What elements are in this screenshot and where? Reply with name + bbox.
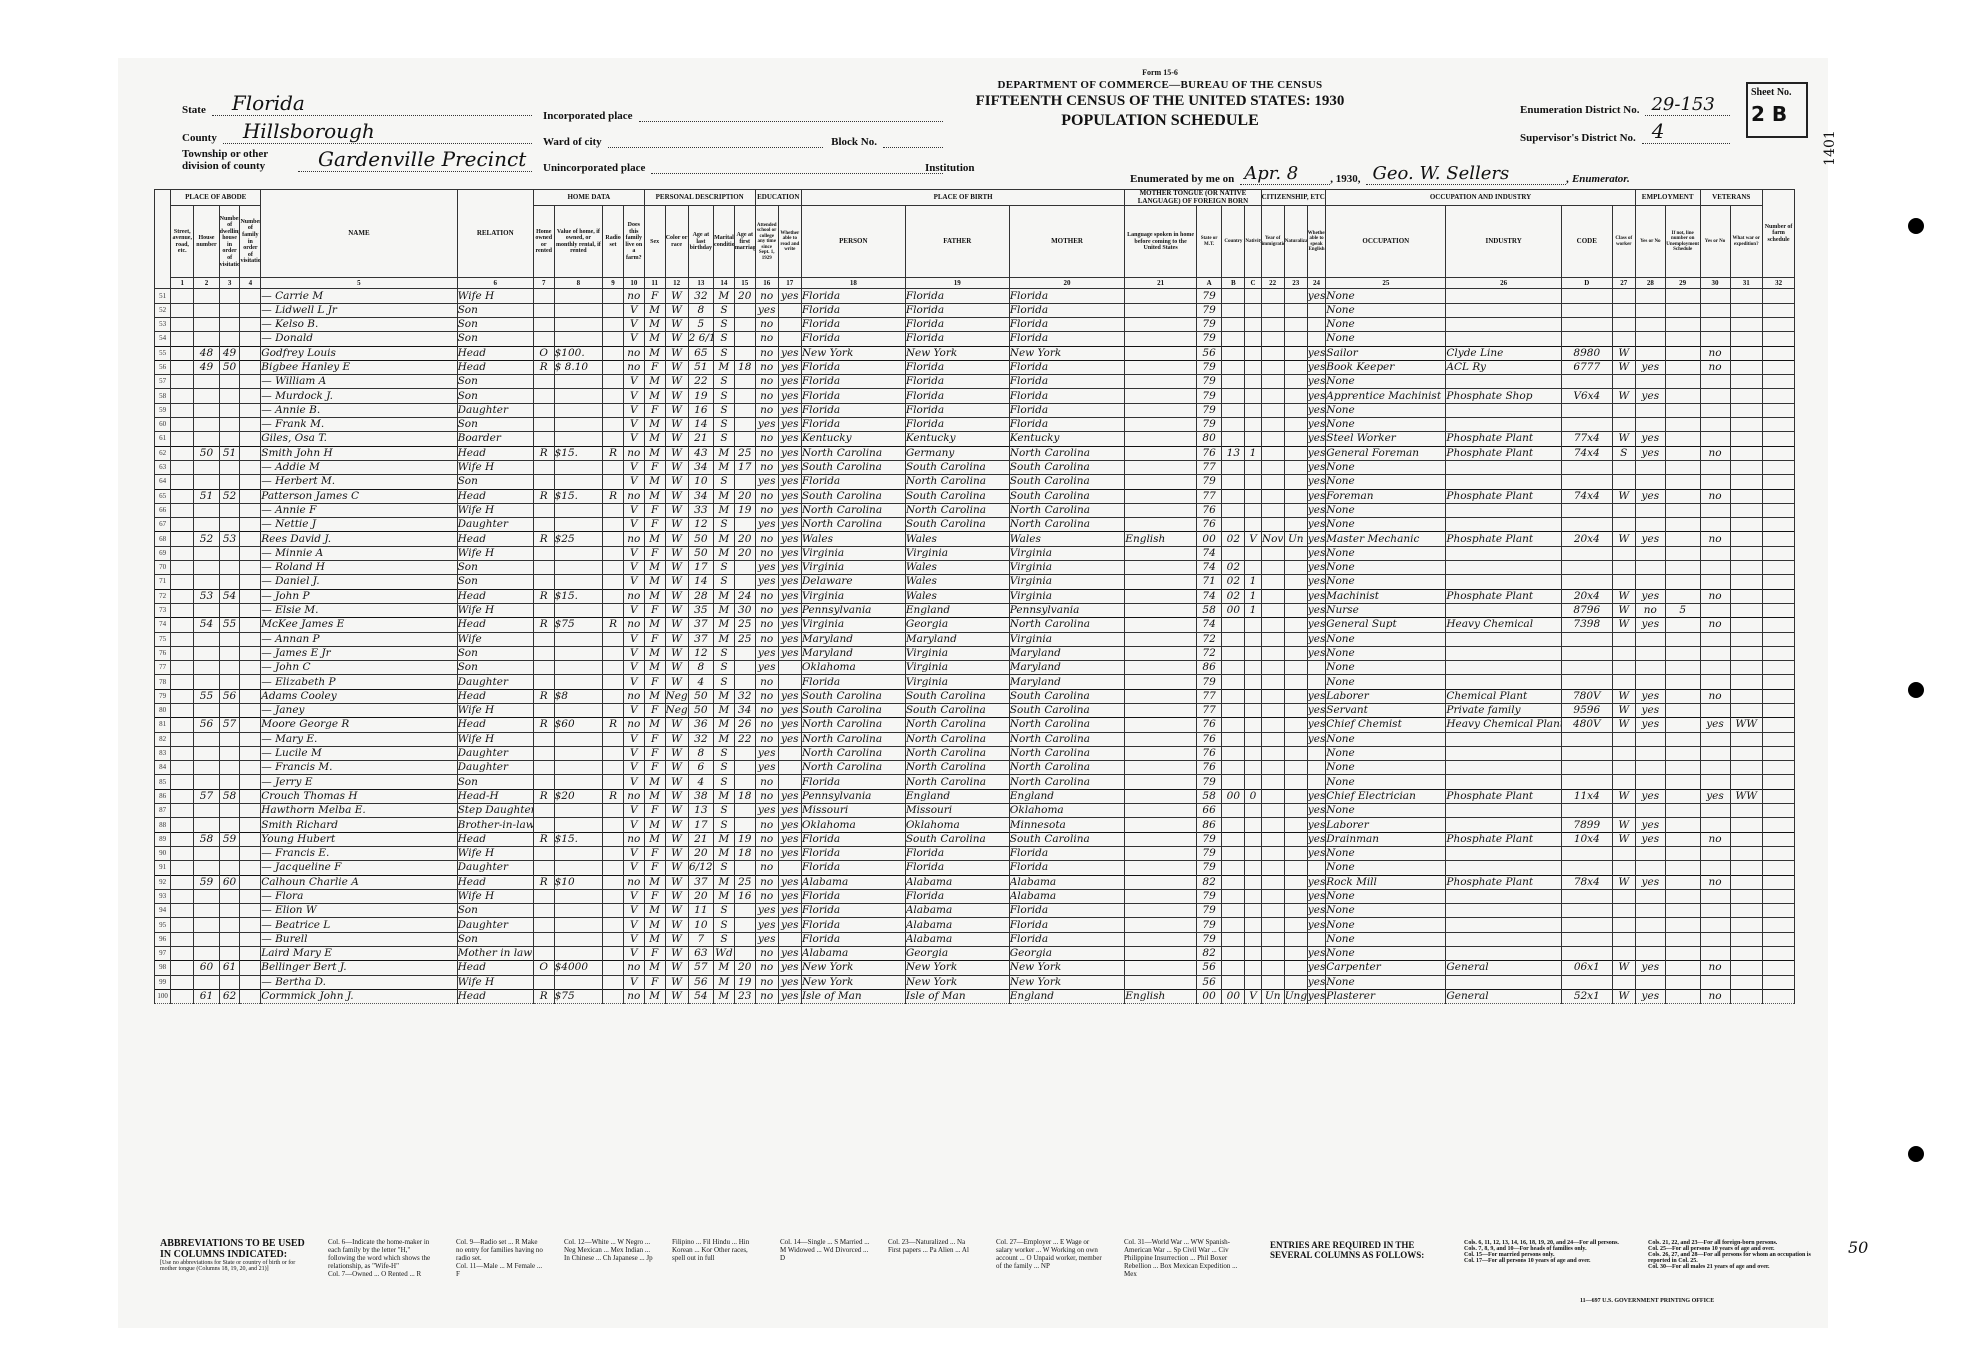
farm-schedule-cell: [1762, 904, 1794, 918]
ind-cell: ACL Ry: [1446, 360, 1562, 374]
sch-cell: no: [755, 317, 778, 331]
emp-cell: no: [1635, 603, 1665, 617]
name-cell: — Jerry E: [261, 775, 457, 789]
read-cell: yes: [778, 832, 801, 846]
nat-cell: [1284, 303, 1307, 317]
mbp-cell: Georgia: [1009, 947, 1125, 961]
lang-cell: [1125, 746, 1197, 760]
col25-header: OCCUPATION: [1326, 206, 1446, 278]
imm-cell: [1261, 718, 1284, 732]
sex-cell: F: [644, 703, 665, 717]
cls-cell: [1612, 761, 1635, 775]
imm-cell: [1261, 746, 1284, 760]
ind-cell: [1446, 546, 1562, 560]
header-location: State Florida County Hillsborough Townsh…: [182, 88, 532, 172]
line-number: 68: [155, 532, 171, 546]
ind-cell: Chemical Plant: [1446, 689, 1562, 703]
farm-schedule-cell: [1762, 632, 1794, 646]
ind-cell: [1446, 603, 1562, 617]
farm-cell: V: [623, 475, 644, 489]
radio-cell: [603, 289, 624, 303]
line-number: 76: [155, 646, 171, 660]
b-cell: [1222, 360, 1245, 374]
hn-cell: [194, 503, 219, 517]
rel-cell: Head: [457, 718, 533, 732]
unemp-cell: [1665, 503, 1700, 517]
read-cell: [778, 775, 801, 789]
imm-cell: Un: [1261, 989, 1284, 1003]
bp-cell: Pennsylvania: [801, 789, 905, 803]
vet-cell: [1700, 804, 1730, 818]
mbp-cell: South Carolina: [1009, 460, 1125, 474]
age-cell: 32: [688, 732, 713, 746]
line-number: 82: [155, 732, 171, 746]
name-cell: — Nettie J: [261, 518, 457, 532]
mar-cell: M: [714, 546, 735, 560]
val-cell: $15.: [554, 489, 603, 503]
agem-cell: 17: [734, 460, 755, 474]
race-cell: W: [665, 775, 688, 789]
race-cell: W: [665, 961, 688, 975]
emp-cell: [1635, 775, 1665, 789]
fbp-cell: North Carolina: [905, 503, 1009, 517]
occ-cell: None: [1326, 646, 1446, 660]
incorporated-label: Incorporated place: [543, 110, 633, 122]
emp-cell: yes: [1635, 875, 1665, 889]
name-cell: — William A: [261, 375, 457, 389]
street-cell: [171, 546, 194, 560]
rel-cell: Head-H: [457, 789, 533, 803]
val-cell: [554, 675, 603, 689]
street-cell: [171, 961, 194, 975]
unemp-cell: [1665, 904, 1700, 918]
fam-cell: [240, 632, 261, 646]
vet-cell: [1700, 746, 1730, 760]
c-cell: [1245, 289, 1261, 303]
a-cell: 79: [1196, 418, 1221, 432]
radio-cell: [603, 432, 624, 446]
sch-cell: no: [755, 618, 778, 632]
emp-cell: [1635, 518, 1665, 532]
sex-cell: F: [644, 889, 665, 903]
hn-cell: [194, 703, 219, 717]
emp-cell: [1635, 546, 1665, 560]
lang-cell: [1125, 975, 1197, 989]
abbrev-col27: Col. 27—Employer ... E Wage or salary wo…: [996, 1238, 1106, 1278]
cls-cell: [1612, 661, 1635, 675]
name-cell: Bellinger Bert J.: [261, 961, 457, 975]
fam-cell: [240, 818, 261, 832]
mar-cell: M: [714, 846, 735, 860]
sex-cell: F: [644, 403, 665, 417]
read-cell: yes: [778, 961, 801, 975]
ind-cell: [1446, 518, 1562, 532]
vet-cell: [1700, 332, 1730, 346]
mar-cell: S: [714, 518, 735, 532]
sch-cell: no: [755, 947, 778, 961]
emp-cell: [1635, 947, 1665, 961]
code-cell: 7398: [1561, 618, 1612, 632]
imm-cell: [1261, 889, 1284, 903]
code-cell: 20x4: [1561, 589, 1612, 603]
agem-cell: 19: [734, 832, 755, 846]
farm-cell: no: [623, 618, 644, 632]
eng-cell: [1307, 932, 1325, 946]
radio-cell: [603, 632, 624, 646]
age-cell: 57: [688, 961, 713, 975]
fbp-cell: New York: [905, 975, 1009, 989]
race-cell: W: [665, 289, 688, 303]
cls-cell: [1612, 418, 1635, 432]
fbp-cell: Florida: [905, 861, 1009, 875]
col18-header: PERSON: [801, 206, 905, 278]
street-cell: [171, 846, 194, 860]
line-number: 81: [155, 718, 171, 732]
b-cell: 00: [1222, 603, 1245, 617]
imm-cell: [1261, 317, 1284, 331]
nat-cell: [1284, 689, 1307, 703]
col11-header: Sex: [644, 206, 665, 278]
rel-cell: Head: [457, 346, 533, 360]
imm-cell: [1261, 389, 1284, 403]
eng-cell: yes: [1307, 460, 1325, 474]
fam-cell: [240, 360, 261, 374]
unemp-cell: [1665, 418, 1700, 432]
read-cell: yes: [778, 475, 801, 489]
nat-cell: [1284, 661, 1307, 675]
c-cell: [1245, 346, 1261, 360]
imm-cell: [1261, 918, 1284, 932]
nat-cell: Un: [1284, 532, 1307, 546]
farm-schedule-cell: [1762, 689, 1794, 703]
farm-schedule-cell: [1762, 775, 1794, 789]
b-cell: [1222, 475, 1245, 489]
own-cell: [533, 518, 554, 532]
age-cell: 50: [688, 532, 713, 546]
a-cell: 79: [1196, 675, 1221, 689]
val-cell: [554, 632, 603, 646]
dw-cell: [219, 603, 240, 617]
farm-schedule-cell: [1762, 646, 1794, 660]
c-cell: [1245, 961, 1261, 975]
age-cell: 14: [688, 418, 713, 432]
eng-cell: yes: [1307, 503, 1325, 517]
ind-cell: [1446, 418, 1562, 432]
mar-cell: M: [714, 503, 735, 517]
nat-cell: [1284, 889, 1307, 903]
mar-cell: S: [714, 432, 735, 446]
street-cell: [171, 389, 194, 403]
code-cell: [1561, 975, 1612, 989]
war-cell: [1730, 761, 1762, 775]
unemp-cell: [1665, 618, 1700, 632]
war-cell: [1730, 346, 1762, 360]
radio-cell: [603, 804, 624, 818]
read-cell: yes: [778, 718, 801, 732]
mbp-cell: Virginia: [1009, 575, 1125, 589]
dw-cell: [219, 632, 240, 646]
sch-cell: no: [755, 289, 778, 303]
farm-schedule-cell: [1762, 432, 1794, 446]
fam-cell: [240, 303, 261, 317]
a-cell: 56: [1196, 961, 1221, 975]
ind-cell: [1446, 975, 1562, 989]
b-cell: [1222, 503, 1245, 517]
farm-schedule-cell: [1762, 518, 1794, 532]
occ-cell: None: [1326, 632, 1446, 646]
street-cell: [171, 360, 194, 374]
war-cell: [1730, 575, 1762, 589]
a-cell: 79: [1196, 332, 1221, 346]
unemp-cell: [1665, 332, 1700, 346]
mar-cell: S: [714, 804, 735, 818]
fbp-cell: North Carolina: [905, 746, 1009, 760]
occ-cell: None: [1326, 889, 1446, 903]
read-cell: yes: [778, 489, 801, 503]
street-cell: [171, 804, 194, 818]
b-cell: [1222, 703, 1245, 717]
farm-cell: V: [623, 703, 644, 717]
war-cell: [1730, 975, 1762, 989]
farm-cell: no: [623, 289, 644, 303]
agem-cell: 20: [734, 961, 755, 975]
sch-cell: yes: [755, 646, 778, 660]
mar-cell: M: [714, 875, 735, 889]
race-cell: W: [665, 746, 688, 760]
farm-cell: V: [623, 518, 644, 532]
race-cell: W: [665, 575, 688, 589]
fam-cell: [240, 889, 261, 903]
age-cell: 33: [688, 503, 713, 517]
vet-cell: yes: [1700, 789, 1730, 803]
vet-cell: [1700, 632, 1730, 646]
dw-cell: [219, 289, 240, 303]
b-cell: [1222, 518, 1245, 532]
eng-cell: yes: [1307, 475, 1325, 489]
fbp-cell: South Carolina: [905, 689, 1009, 703]
emp-cell: [1635, 761, 1665, 775]
a-cell: 74: [1196, 589, 1221, 603]
mar-cell: M: [714, 989, 735, 1003]
bp-cell: North Carolina: [801, 746, 905, 760]
code-cell: [1561, 289, 1612, 303]
rel-cell: Son: [457, 561, 533, 575]
lang-cell: [1125, 718, 1197, 732]
nat-cell: [1284, 332, 1307, 346]
radio-cell: [603, 818, 624, 832]
lang-cell: [1125, 418, 1197, 432]
war-cell: [1730, 603, 1762, 617]
mbp-cell: Florida: [1009, 861, 1125, 875]
emp-cell: [1635, 303, 1665, 317]
rel-cell: Son: [457, 317, 533, 331]
age-cell: 37: [688, 875, 713, 889]
vet-cell: [1700, 904, 1730, 918]
own-cell: [533, 746, 554, 760]
line-number-header: [155, 190, 171, 289]
cls-cell: W: [1612, 346, 1635, 360]
bp-cell: Florida: [801, 932, 905, 946]
b-cell: [1222, 460, 1245, 474]
nat-cell: [1284, 489, 1307, 503]
farm-schedule-cell: [1762, 475, 1794, 489]
emp-cell: [1635, 561, 1665, 575]
sex-cell: F: [644, 603, 665, 617]
farm-schedule-cell: [1762, 889, 1794, 903]
table-row: 745455McKee James EHeadR$75RnoMW37M25noy…: [155, 618, 1814, 632]
bp-cell: Virginia: [801, 618, 905, 632]
age-cell: 11: [688, 904, 713, 918]
line-number: 62: [155, 446, 171, 460]
val-cell: [554, 418, 603, 432]
table-row: 625051Smith John HHeadR$15.RnoMW43M25noy…: [155, 446, 1814, 460]
b-cell: [1222, 875, 1245, 889]
emp-cell: [1635, 332, 1665, 346]
bp-cell: Oklahoma: [801, 661, 905, 675]
rel-cell: Head: [457, 961, 533, 975]
radio-cell: [603, 561, 624, 575]
c-cell: [1245, 804, 1261, 818]
b-cell: [1222, 389, 1245, 403]
own-cell: [533, 732, 554, 746]
sex-cell: F: [644, 360, 665, 374]
table-row: 96— BurellSonVMW7SyesFloridaAlabamaFlori…: [155, 932, 1814, 946]
eng-cell: yes: [1307, 489, 1325, 503]
group-occupation: OCCUPATION AND INDUSTRY: [1326, 190, 1636, 206]
rel-cell: Daughter: [457, 918, 533, 932]
vet-cell: no: [1700, 689, 1730, 703]
table-row: 80— JaneyWife HVFNeg50M34noyesSouth Caro…: [155, 703, 1814, 717]
imm-cell: [1261, 947, 1284, 961]
mar-cell: M: [714, 532, 735, 546]
race-cell: W: [665, 546, 688, 560]
own-cell: [533, 632, 554, 646]
eng-cell: yes: [1307, 789, 1325, 803]
eng-cell: yes: [1307, 418, 1325, 432]
vet-cell: [1700, 675, 1730, 689]
fam-cell: [240, 575, 261, 589]
a-cell: 76: [1196, 446, 1221, 460]
mar-cell: M: [714, 460, 735, 474]
table-row: 815657Moore George RHeadR$60RnoMW36M26no…: [155, 718, 1814, 732]
mbp-cell: Maryland: [1009, 675, 1125, 689]
mar-cell: S: [714, 303, 735, 317]
age-cell: 36: [688, 718, 713, 732]
nat-cell: [1284, 732, 1307, 746]
read-cell: [778, 746, 801, 760]
unemp-cell: [1665, 889, 1700, 903]
cls-cell: W: [1612, 360, 1635, 374]
farm-cell: no: [623, 832, 644, 846]
line-number: 78: [155, 675, 171, 689]
code-cell: 480V: [1561, 718, 1612, 732]
age-cell: 10: [688, 475, 713, 489]
agem-cell: 20: [734, 489, 755, 503]
own-cell: [533, 661, 554, 675]
col22-header: Year of immigration: [1261, 206, 1284, 278]
abbrev-col6-7: Col. 6—Indicate the home-maker in each f…: [328, 1238, 438, 1278]
war-cell: [1730, 546, 1762, 560]
dw-cell: [219, 460, 240, 474]
b-cell: [1222, 846, 1245, 860]
read-cell: yes: [778, 518, 801, 532]
sch-cell: no: [755, 703, 778, 717]
hn-cell: [194, 575, 219, 589]
nat-cell: [1284, 761, 1307, 775]
sex-cell: M: [644, 618, 665, 632]
mar-cell: S: [714, 389, 735, 403]
line-number: 88: [155, 818, 171, 832]
code-cell: [1561, 375, 1612, 389]
sch-cell: yes: [755, 904, 778, 918]
fam-cell: [240, 346, 261, 360]
c-cell: [1245, 303, 1261, 317]
emp-cell: [1635, 317, 1665, 331]
cls-cell: W: [1612, 703, 1635, 717]
ind-cell: General: [1446, 989, 1562, 1003]
fam-cell: [240, 418, 261, 432]
cls-cell: [1612, 317, 1635, 331]
fbp-cell: Florida: [905, 375, 1009, 389]
imm-cell: [1261, 932, 1284, 946]
cls-cell: [1612, 846, 1635, 860]
fam-cell: [240, 432, 261, 446]
sch-cell: no: [755, 403, 778, 417]
nat-cell: [1284, 818, 1307, 832]
bp-cell: Florida: [801, 403, 905, 417]
dw-cell: [219, 761, 240, 775]
occ-cell: Nurse: [1326, 603, 1446, 617]
war-cell: [1730, 389, 1762, 403]
war-cell: [1730, 618, 1762, 632]
own-cell: R: [533, 489, 554, 503]
code-cell: 06x1: [1561, 961, 1612, 975]
farm-schedule-cell: [1762, 418, 1794, 432]
farm-schedule-cell: [1762, 846, 1794, 860]
agem-cell: 20: [734, 546, 755, 560]
hn-cell: [194, 389, 219, 403]
farm-schedule-cell: [1762, 761, 1794, 775]
abbrev-col23: Col. 23—Naturalized ... Na First papers …: [888, 1238, 978, 1278]
age-cell: 2 6/12: [688, 332, 713, 346]
emp-cell: yes: [1635, 389, 1665, 403]
imm-cell: [1261, 518, 1284, 532]
table-row: 64— Herbert M.SonVMW10SyesyesFloridaNort…: [155, 475, 1814, 489]
street-cell: [171, 303, 194, 317]
vet-cell: [1700, 846, 1730, 860]
name-cell: Giles, Osa T.: [261, 432, 457, 446]
rel-cell: Son: [457, 932, 533, 946]
farm-schedule-cell: [1762, 561, 1794, 575]
mar-cell: S: [714, 932, 735, 946]
a-cell: 76: [1196, 732, 1221, 746]
mbp-cell: Florida: [1009, 303, 1125, 317]
dw-cell: [219, 947, 240, 961]
stamp-number: 1401: [1822, 130, 1838, 166]
lang-cell: [1125, 575, 1197, 589]
mbp-cell: New York: [1009, 961, 1125, 975]
sex-cell: F: [644, 761, 665, 775]
bp-cell: North Carolina: [801, 518, 905, 532]
name-cell: — Bertha D.: [261, 975, 457, 989]
unemp-cell: 5: [1665, 603, 1700, 617]
nat-cell: [1284, 346, 1307, 360]
name-cell: Crouch Thomas H: [261, 789, 457, 803]
age-cell: 8: [688, 746, 713, 760]
ind-cell: [1446, 732, 1562, 746]
dw-cell: [219, 675, 240, 689]
val-cell: [554, 975, 603, 989]
